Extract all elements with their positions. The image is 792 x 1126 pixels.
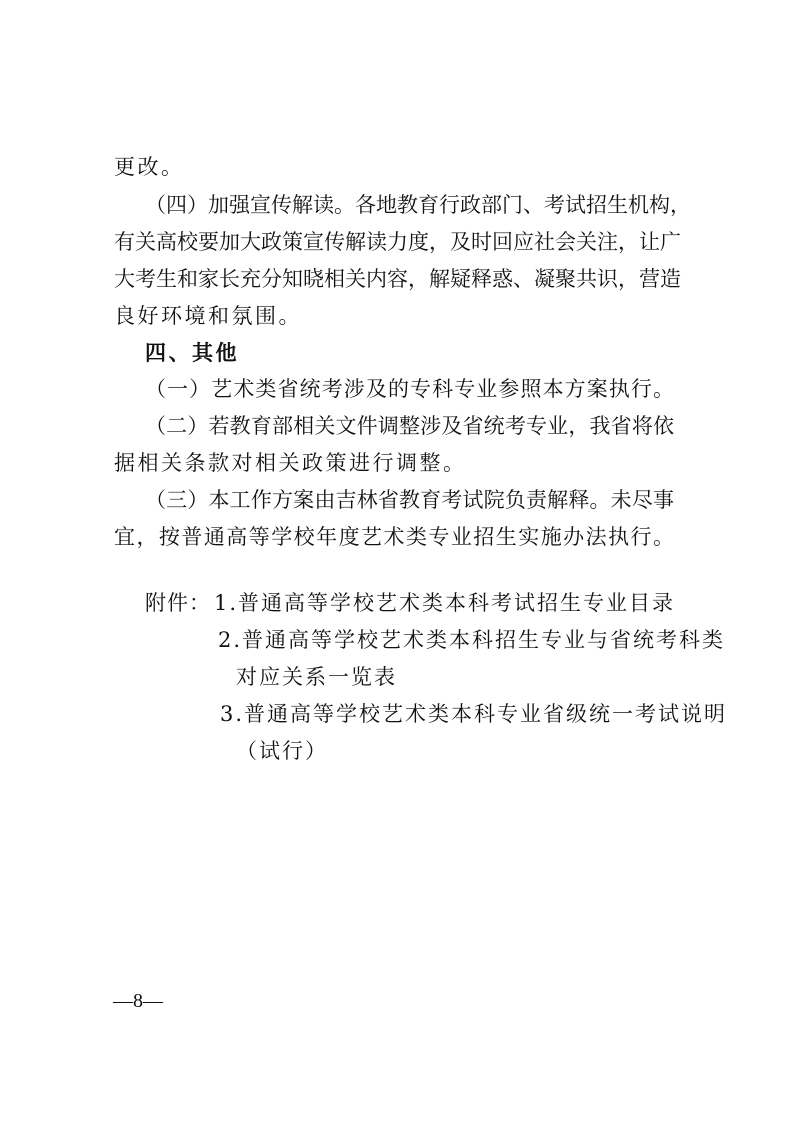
section-item-line: 宜，按普通高等学校年度艺术类专业招生实施办法执行。	[114, 524, 674, 550]
attachment-item: 1.普通高等学校艺术类本科考试招生专业目录	[214, 590, 675, 616]
attachment-number: 2.	[218, 628, 242, 652]
attachment-title: 普通高等学校艺术类本科招生专业与省统考科类	[242, 628, 725, 652]
attachment-title: 普通高等学校艺术类本科专业省级统一考试说明	[244, 702, 727, 726]
section-item-line: 据相关条款对相关政策进行调整。	[114, 450, 674, 476]
paragraph-line: 大考生和家长充分知晓相关内容，解疑释惑、凝聚共识，营造	[114, 266, 674, 292]
attachment-item: 2.普通高等学校艺术类本科招生专业与省统考科类	[218, 627, 725, 653]
section-item-line: （二）若教育部相关文件调整涉及省统考专业，我省将依	[145, 413, 674, 439]
paragraph-line: 良好环境和氛围。	[114, 303, 674, 329]
section-item-line: （三）本工作方案由吉林省教育考试院负责解释。未尽事	[145, 487, 674, 513]
attachment-number: 1.	[214, 591, 238, 615]
section-heading: 四、其他	[145, 340, 705, 366]
attachment-continuation: （试行）	[236, 738, 328, 764]
attachment-number: 3.	[220, 702, 244, 726]
attachment-item: 3.普通高等学校艺术类本科专业省级统一考试说明	[220, 701, 727, 727]
section-item-line: （一）艺术类省统考涉及的专科专业参照本方案执行。	[145, 376, 674, 402]
attachments-label: 附件：	[145, 590, 211, 616]
page-number: —8—	[113, 990, 163, 1013]
attachment-continuation: 对应关系一览表	[236, 664, 397, 690]
paragraph-line: 有关高校要加大政策宣传解读力度，及时回应社会关注，让广	[114, 229, 674, 255]
attachment-title: 普通高等学校艺术类本科考试招生专业目录	[238, 591, 675, 615]
document-page: 更改。 （四）加强宣传解读。各地教育行政部门、考试招生机构， 有关高校要加大政策…	[0, 0, 792, 1126]
paragraph-line: 更改。	[114, 154, 674, 180]
paragraph-line: （四）加强宣传解读。各地教育行政部门、考试招生机构，	[145, 192, 674, 218]
